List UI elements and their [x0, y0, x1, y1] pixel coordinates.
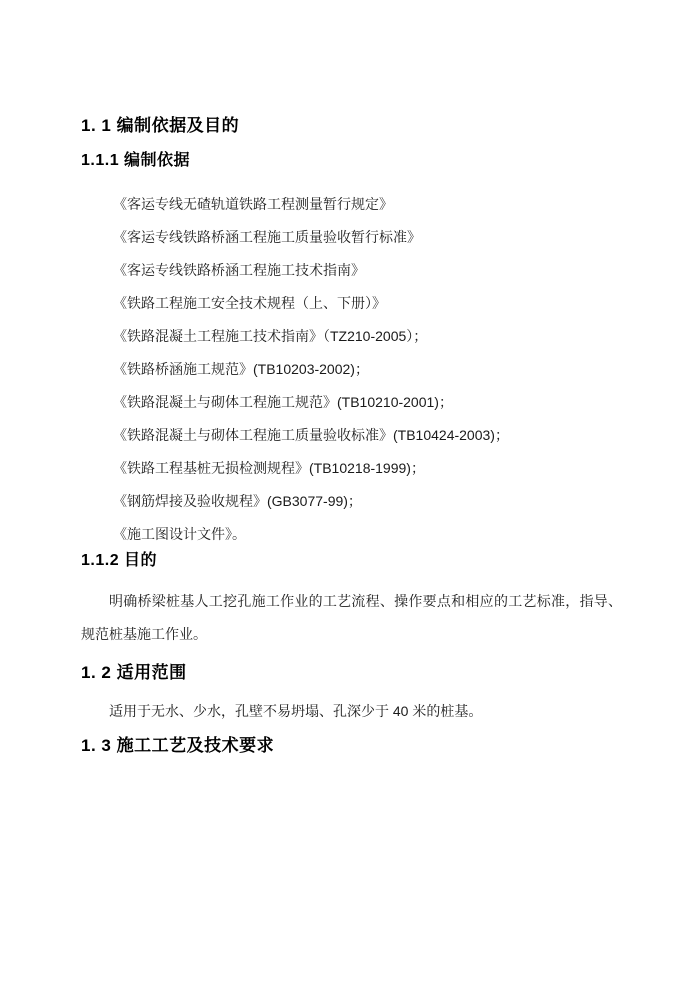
heading-1-1-basis-and-purpose: 1. 1 编制依据及目的 [81, 116, 622, 136]
reference-item: 《铁路混凝土工程施工技术指南》（TZ210-2005）； [81, 320, 622, 353]
reference-item: 《施工图设计文件》。 [81, 518, 622, 551]
reference-item: 《铁路桥涵施工规范》(TB10203-2002)； [81, 353, 622, 386]
reference-item: 《钢筋焊接及验收规程》(GB3077-99)； [81, 485, 622, 518]
heading-1-1-1-compilation-basis: 1.1.1 编制依据 [81, 151, 622, 171]
scope-paragraph: 适用于无水、少水，孔壁不易坍塌、孔深少于 40 米的桩基。 [81, 695, 622, 728]
heading-1-1-2-purpose: 1.1.2 目的 [81, 551, 622, 571]
reference-item: 《铁路混凝土与砌体工程施工规范》(TB10210-2001)； [81, 386, 622, 419]
reference-item: 《铁路混凝土与砌体工程施工质量验收标准》(TB10424-2003)； [81, 419, 622, 452]
reference-item: 《客运专线无碴轨道铁路工程测量暂行规定》 [81, 188, 622, 221]
reference-list: 《客运专线无碴轨道铁路工程测量暂行规定》 《客运专线铁路桥涵工程施工质量验收暂行… [81, 188, 622, 551]
heading-1-3-construction-technique-requirements: 1. 3 施工工艺及技术要求 [81, 736, 622, 756]
document-page: 1. 1 编制依据及目的 1.1.1 编制依据 《客运专线无碴轨道铁路工程测量暂… [0, 0, 700, 990]
reference-item: 《铁路工程施工安全技术规程（上、下册）》 [81, 287, 622, 320]
reference-item: 《铁路工程基桩无损检测规程》(TB10218-1999)； [81, 452, 622, 485]
reference-item: 《客运专线铁路桥涵工程施工质量验收暂行标准》 [81, 221, 622, 254]
reference-item: 《客运专线铁路桥涵工程施工技术指南》 [81, 254, 622, 287]
heading-1-2-scope: 1. 2 适用范围 [81, 663, 622, 683]
purpose-paragraph: 明确桥梁桩基人工挖孔施工作业的工艺流程、操作要点和相应的工艺标准，指导、规范桩基… [81, 585, 622, 651]
